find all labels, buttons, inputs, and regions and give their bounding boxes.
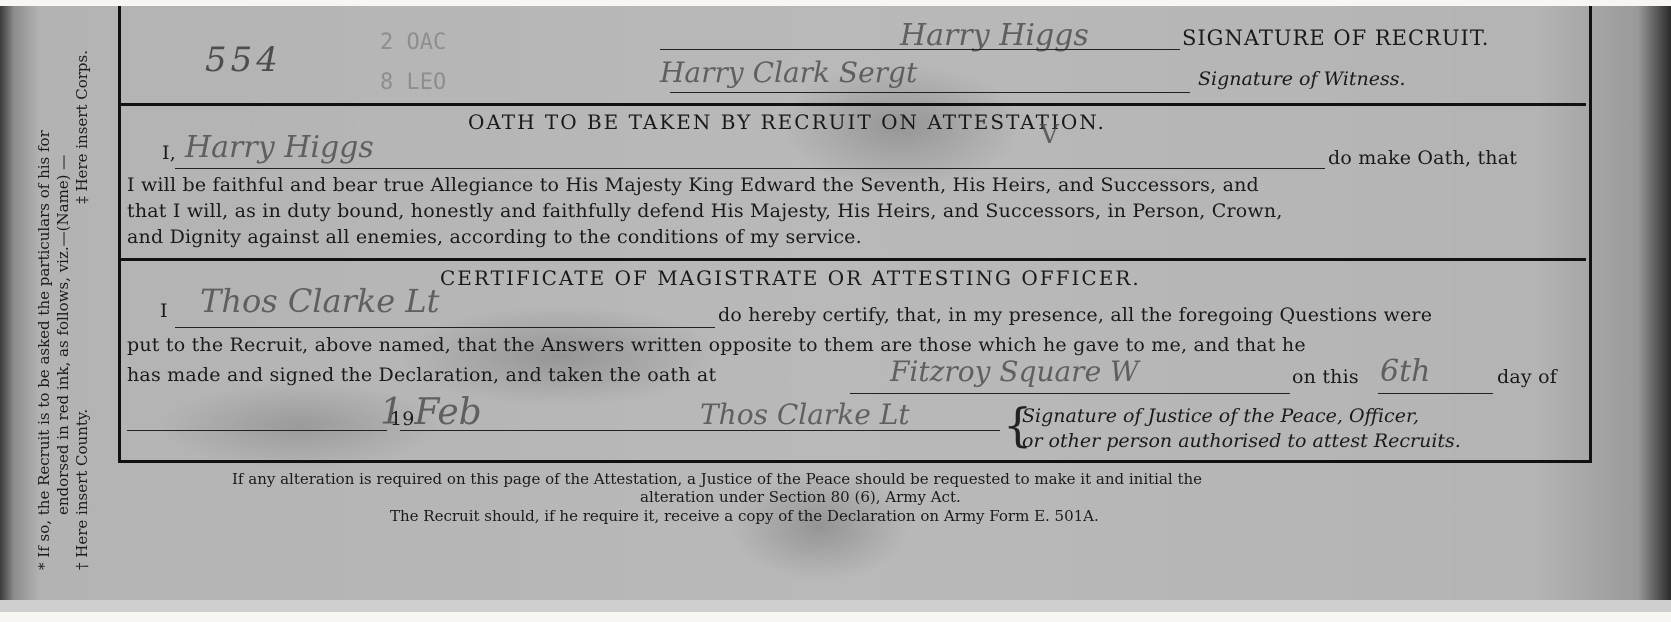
witness-signature-line xyxy=(670,92,1190,93)
oath-name-line xyxy=(175,168,1325,169)
margin-note-line-2: endorsed in red ink, as follows, viz.—(N… xyxy=(54,10,73,570)
footer-line-2: alteration under Section 80 (6), Army Ac… xyxy=(640,488,961,506)
margin-note-county: † Here insert County. xyxy=(73,409,92,570)
footer-line-1: If any alteration is required on this pa… xyxy=(232,470,1202,488)
margin-note-corps: ‡ Here insert Corps. xyxy=(73,50,92,204)
recruit-signature-line xyxy=(660,49,1180,50)
certificate-line-1-end: do hereby certify, that, in my presence,… xyxy=(718,304,1432,326)
certificate-month-line xyxy=(127,430,387,431)
certificate-day-handwritten: 6th xyxy=(1380,354,1430,389)
certificate-on-this: on this xyxy=(1292,366,1359,388)
certificate-title: CERTIFICATE OF MAGISTRATE OR ATTESTING O… xyxy=(440,266,1141,290)
signature-of-recruit-label: SIGNATURE OF RECRUIT. xyxy=(1182,26,1489,50)
signature-of-witness-label: Signature of Witness. xyxy=(1198,68,1406,90)
margin-note-line-3: † Here insert County. ‡ Here insert Corp… xyxy=(73,10,92,570)
oath-name-handwritten: Harry Higgs xyxy=(185,130,374,165)
rule-oath-bottom xyxy=(118,258,1586,261)
oath-tick-mark: V xyxy=(1040,120,1059,150)
certificate-place-handwritten: Fitzroy Square W xyxy=(890,355,1139,388)
oath-line-3: that I will, as in duty bound, honestly … xyxy=(127,200,1283,222)
signature-label-1: Signature of Justice of the Peace, Offic… xyxy=(1022,405,1419,427)
certificate-line-3-start: has made and signed the Declaration, and… xyxy=(127,364,716,386)
certificate-signature-line xyxy=(400,430,1000,431)
witness-signature-handwritten: Harry Clark Sergt xyxy=(660,56,917,89)
margin-note-line-1: * If so, the Recruit is to be asked the … xyxy=(35,10,54,570)
certificate-month-handwritten: 1 Feb xyxy=(380,392,482,433)
faint-stamp-1: 2 OAC xyxy=(380,30,446,55)
recruit-signature-handwritten: Harry Higgs xyxy=(900,18,1089,53)
footer-line-3: The Recruit should, if he require it, re… xyxy=(390,507,1099,525)
margin-notes: * If so, the Recruit is to be asked the … xyxy=(35,10,105,570)
oath-line-1-end: do make Oath, that xyxy=(1328,147,1517,169)
oath-line-2: I will be faithful and bear true Allegia… xyxy=(127,174,1259,196)
certificate-place-line xyxy=(850,393,1290,394)
certificate-line-2: put to the Recruit, above named, that th… xyxy=(127,334,1306,356)
certificate-day-line xyxy=(1378,393,1493,394)
rule-header-bottom xyxy=(118,103,1586,106)
certificate-officer-handwritten: Thos Clarke Lt xyxy=(200,282,440,320)
faint-stamp-2: 8 LEO xyxy=(380,70,446,95)
oath-line-4: and Dignity against all enemies, accordi… xyxy=(127,226,862,248)
viewer-bottom-bar xyxy=(0,600,1671,612)
certificate-prefix: I xyxy=(160,300,168,322)
certificate-day-of: day of xyxy=(1497,366,1557,388)
oath-title: OATH TO BE TAKEN BY RECRUIT ON ATTESTATI… xyxy=(468,110,1106,134)
oath-prefix: I, xyxy=(162,142,176,164)
viewer-bottom-margin xyxy=(0,612,1671,622)
signature-label-2: or other person authorised to attest Rec… xyxy=(1022,430,1461,452)
certificate-officer-line xyxy=(175,327,715,328)
stamp-number: 554 xyxy=(205,40,282,80)
certificate-signature-handwritten: Thos Clarke Lt xyxy=(700,398,910,431)
